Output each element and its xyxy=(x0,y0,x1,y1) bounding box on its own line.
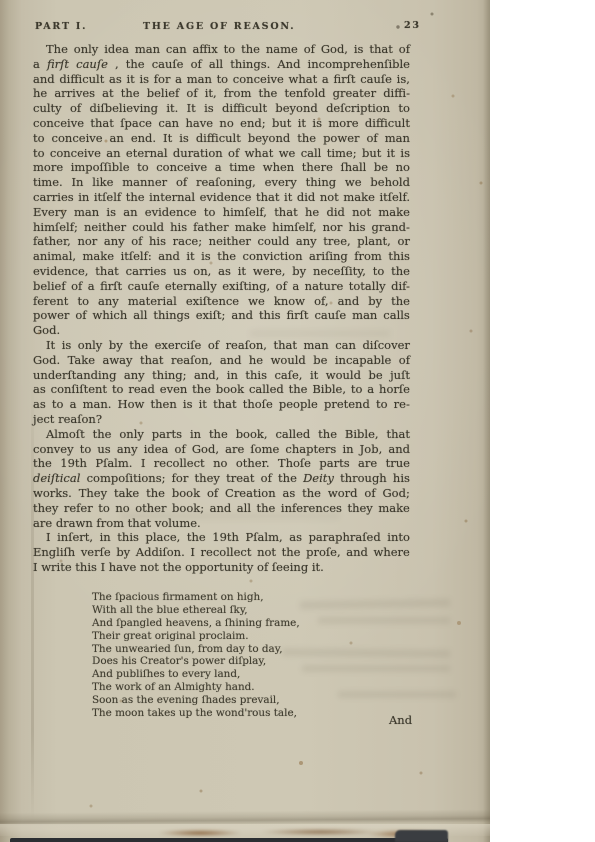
scanned-book-page: PART I. THE AGE OF REASON. 23 Theonlyide… xyxy=(0,0,595,842)
text-line: Iinſert,inthisplace,the19thPſalm,asparap… xyxy=(33,530,410,545)
verse-line: And ſpangled heavens, a ſhining frame, xyxy=(92,617,300,630)
show-through-smudge xyxy=(250,330,390,337)
text-line: Almoſttheonlypartsinthebook,calledtheBib… xyxy=(33,427,410,442)
page-right-edge xyxy=(483,0,490,842)
show-through-smudge xyxy=(318,617,450,624)
text-line: toconceiveaneternaldurationofwhatwecallt… xyxy=(33,146,410,161)
text-line: anddifficultasitisforamantoconceivewhata… xyxy=(33,72,410,87)
text-line: I write this I have not the opportunity … xyxy=(33,560,410,575)
text-line: animal,makeitſelf:anditistheconvictionar… xyxy=(33,249,410,264)
text-line: beliefofafirſtcauſeeternallyexiſting,ofa… xyxy=(33,279,410,294)
book-edge-shadow xyxy=(10,838,448,842)
text-line: asconſiſtenttoreadeventhebookcalledtheBi… xyxy=(33,382,410,397)
show-through-smudge xyxy=(300,599,450,610)
verse-line: Does his Creator's power diſplay, xyxy=(92,655,300,668)
show-through-smudge xyxy=(302,665,450,672)
text-line: astoaman.Howthenisitthatthoſepeopleprete… xyxy=(33,397,410,412)
text-line: afirſtcauſe,thecauſeofallthings.Andincom… xyxy=(33,57,410,72)
psalm-verse: The ſpacious firmament on high,With all … xyxy=(92,591,300,720)
page-paper: PART I. THE AGE OF REASON. 23 Theonlyide… xyxy=(0,0,490,842)
verse-line: The unwearied ſun, from day to day, xyxy=(92,643,300,656)
catchword: And xyxy=(389,713,412,727)
text-line: conveytousanyideaofGod,areſomechaptersin… xyxy=(33,442,410,457)
text-line: EngliſhverſebyAddiſon.Irecollectnotthepr… xyxy=(33,545,410,560)
text-line: moreimpoſſibletoconceiveatimewhenthereſh… xyxy=(33,160,410,175)
verse-line: And publiſhes to every land, xyxy=(92,668,300,681)
running-title: THE AGE OF REASON. xyxy=(143,21,295,32)
show-through-smudge xyxy=(338,691,456,698)
verse-line: With all the blue ethereal ſky, xyxy=(92,604,300,617)
text-line: God.Takeawaythatreaſon,andhewouldbeincap… xyxy=(33,353,410,368)
body-text: TheonlyideamancanaffixtothenameofGod,ist… xyxy=(33,42,410,575)
part-label: PART I. xyxy=(35,21,87,32)
show-through-smudge xyxy=(120,512,340,520)
verse-line: Soon as the evening ſhades prevail, xyxy=(92,694,300,707)
text-line: the19thPſalm.Irecollectnoother.Thoſepart… xyxy=(33,456,410,471)
text-line: cultyofdiſbelievingit.Itisdifficultbeyon… xyxy=(33,101,410,116)
verse-line: Their great original proclaim. xyxy=(92,630,300,643)
text-line: ferenttoanymaterialexiſtenceweknowof,and… xyxy=(33,294,410,309)
text-line: conceivethatſpacecanhavenoend;butitismor… xyxy=(33,116,410,131)
paper-specks xyxy=(0,0,2,2)
text-line: Itisonlybytheexerciſeofreaſon,thatmancan… xyxy=(33,338,410,353)
verse-line: The work of an Almighty hand. xyxy=(92,681,300,694)
text-line: Everymanisanevidencetohimſelf,thathedidn… xyxy=(33,205,410,220)
verse-line: The ſpacious firmament on high, xyxy=(92,591,300,604)
text-line: ject reaſon? xyxy=(33,412,410,427)
text-line: hearrivesatthebeliefofit,fromthetenfoldg… xyxy=(33,86,410,101)
binding-corner-shadow xyxy=(395,830,448,842)
text-line: TheonlyideamancanaffixtothenameofGod,ist… xyxy=(33,42,410,57)
show-through-smudge xyxy=(282,648,450,658)
text-line: powerofwhichallthingsexiſt;andthisfirſtc… xyxy=(33,308,410,323)
text-line: evidence,thatcarriesuson,asitwere,bynece… xyxy=(33,264,410,279)
verse-line: The moon takes up the wond'rous tale, xyxy=(92,707,300,720)
text-line: carriesinitſelftheinternalevidencethatit… xyxy=(33,190,410,205)
text-line: father,noranyofhisrace;neithercouldanytr… xyxy=(33,234,410,249)
text-line: deiſticalcompoſitions;fortheytreatoftheD… xyxy=(33,471,410,486)
text-line: toconceiveanend.Itisdifficultbeyondthepo… xyxy=(33,131,410,146)
text-line: time.Inlikemannerofreaſoning,everythingw… xyxy=(33,175,410,190)
text-line: works.TheytakethebookofCreationastheword… xyxy=(33,486,410,501)
text-line: underſtandinganything;and,inthiscaſe,itw… xyxy=(33,368,410,383)
page-number: 23 xyxy=(404,20,421,31)
text-line: himſelf;neithercouldhisfathermakehimſelf… xyxy=(33,220,410,235)
